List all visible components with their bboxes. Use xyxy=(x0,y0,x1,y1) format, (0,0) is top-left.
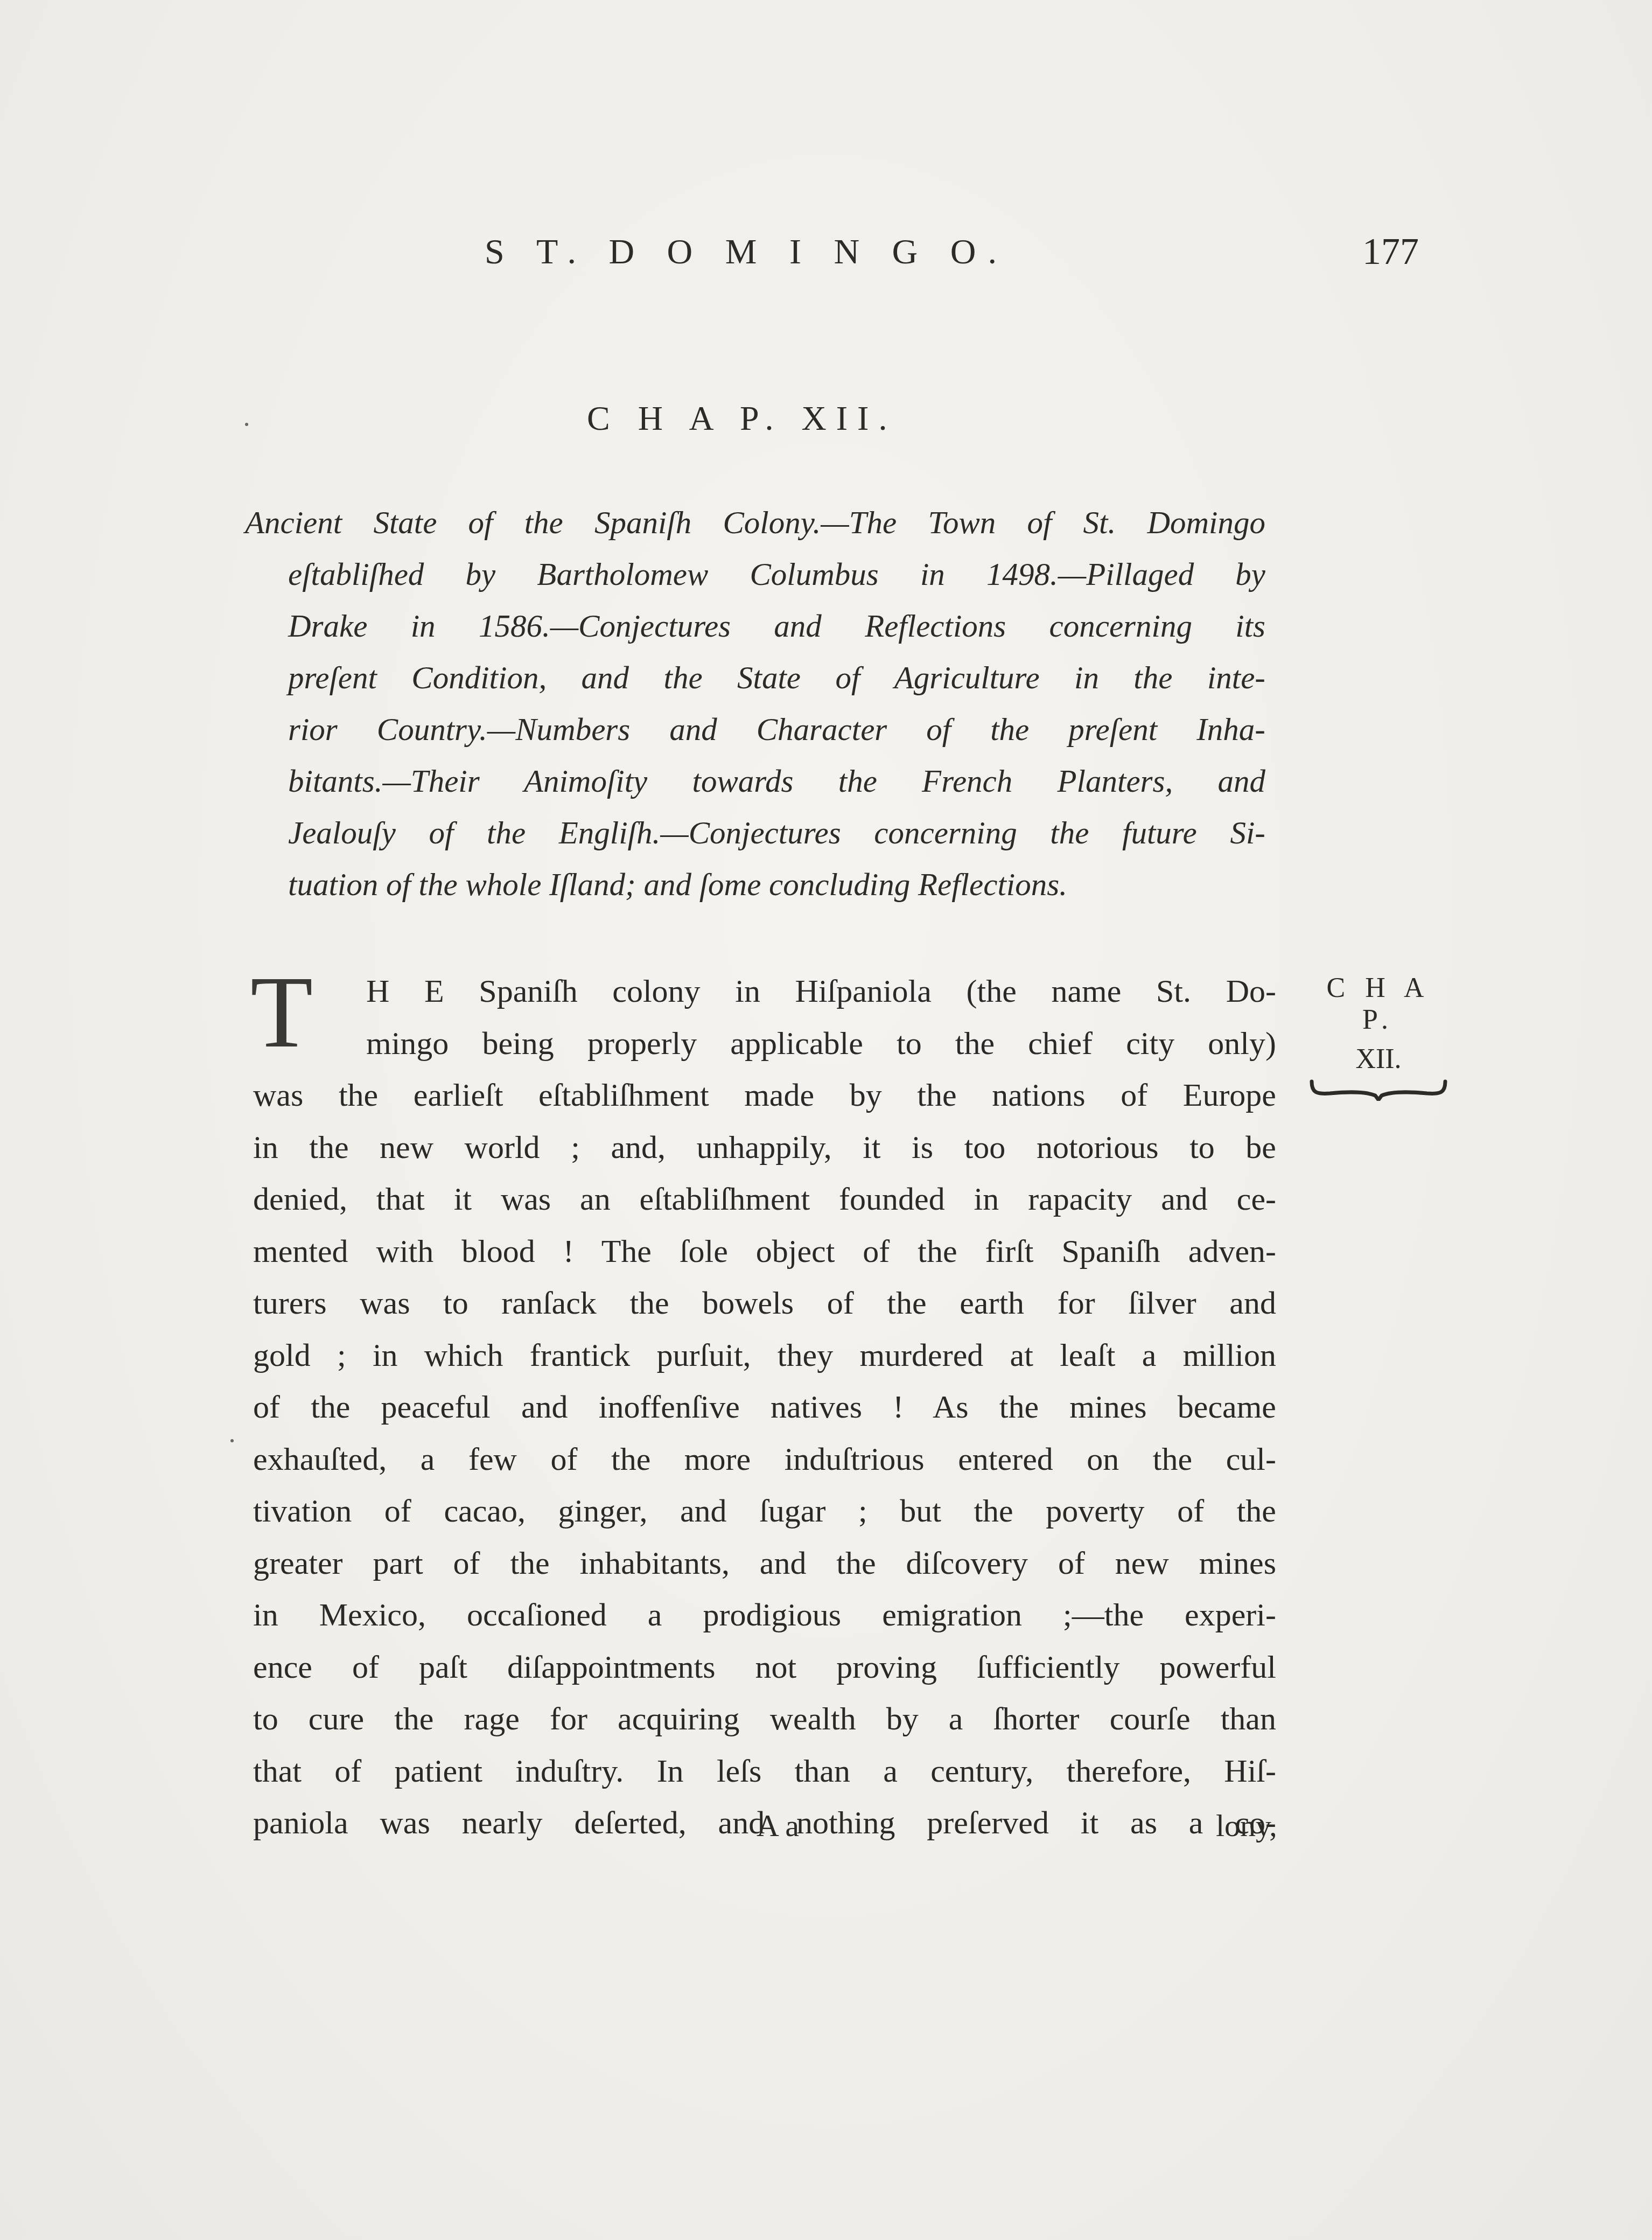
body-line: greater part of the inhabitants, and the… xyxy=(253,1537,1276,1589)
body-line: exhauſted, a few of the more induſtrious… xyxy=(253,1433,1276,1485)
body-line: gold ; in which frantick purſuit, they m… xyxy=(253,1329,1276,1381)
body-line: mingo being properly applicable to the c… xyxy=(253,1017,1276,1070)
curly-brace-icon xyxy=(1308,1079,1448,1101)
body-line: turers was to ranſack the bowels of the … xyxy=(253,1277,1276,1329)
side-note-number: XII. xyxy=(1308,1043,1448,1075)
page-number: 177 xyxy=(1362,231,1419,274)
summary-line: bitants.—Their Animoſity towards the Fre… xyxy=(245,755,1265,807)
ink-speck xyxy=(245,423,248,426)
book-page: S T. D O M I N G O. 177 C H A P. XII. An… xyxy=(0,0,1652,2240)
side-note-chap: C H A P. xyxy=(1308,972,1448,1036)
running-head-title: S T. D O M I N G O. xyxy=(485,232,1009,273)
summary-line: eſtabliſhed by Bartholomew Columbus in 1… xyxy=(245,548,1265,600)
body-line: denied, that it was an eſtabliſhment fou… xyxy=(253,1173,1276,1225)
summary-line: Jealouſy of the Engliſh.—Conjectures con… xyxy=(245,807,1265,859)
body-line: in Mexico, occaſioned a prodigious emigr… xyxy=(253,1589,1276,1641)
body-line: that of patient induſtry. In leſs than a… xyxy=(253,1745,1276,1797)
summary-line: preſent Condition, and the State of Agri… xyxy=(245,652,1265,703)
chapter-summary: Ancient State of the Spaniſh Colony.—The… xyxy=(245,497,1265,910)
body-line: H E Spaniſh colony in Hiſpaniola (the na… xyxy=(253,965,1276,1017)
chapter-title: C H A P. XII. xyxy=(587,399,897,438)
body-paragraph: H E Spaniſh colony in Hiſpaniola (the na… xyxy=(253,965,1276,1849)
signature-mark: A a xyxy=(757,1808,799,1844)
ink-speck xyxy=(230,1439,234,1442)
margin-side-note: C H A P. XII. xyxy=(1308,972,1448,1101)
body-line: mented with blood ! The ſole object of t… xyxy=(253,1225,1276,1278)
summary-line: rior Country.—Numbers and Character of t… xyxy=(245,703,1265,755)
summary-line: Drake in 1586.—Conjectures and Reflectio… xyxy=(245,600,1265,652)
summary-line: Ancient State of the Spaniſh Colony.—The… xyxy=(245,497,1265,548)
catchword: lony, xyxy=(1216,1808,1277,1844)
body-line: ence of paſt diſappointments not proving… xyxy=(253,1641,1276,1693)
body-line: tivation of cacao, ginger, and ſugar ; b… xyxy=(253,1485,1276,1537)
body-line: was the earlieſt eſtabliſhment made by t… xyxy=(253,1069,1276,1121)
body-line: to cure the rage for acquiring wealth by… xyxy=(253,1693,1276,1745)
body-line: of the peaceful and inoffenſive natives … xyxy=(253,1381,1276,1433)
body-line: in the new world ; and, unhappily, it is… xyxy=(253,1121,1276,1174)
summary-line: tuation of the whole Iſland; and ſome co… xyxy=(245,859,1265,910)
